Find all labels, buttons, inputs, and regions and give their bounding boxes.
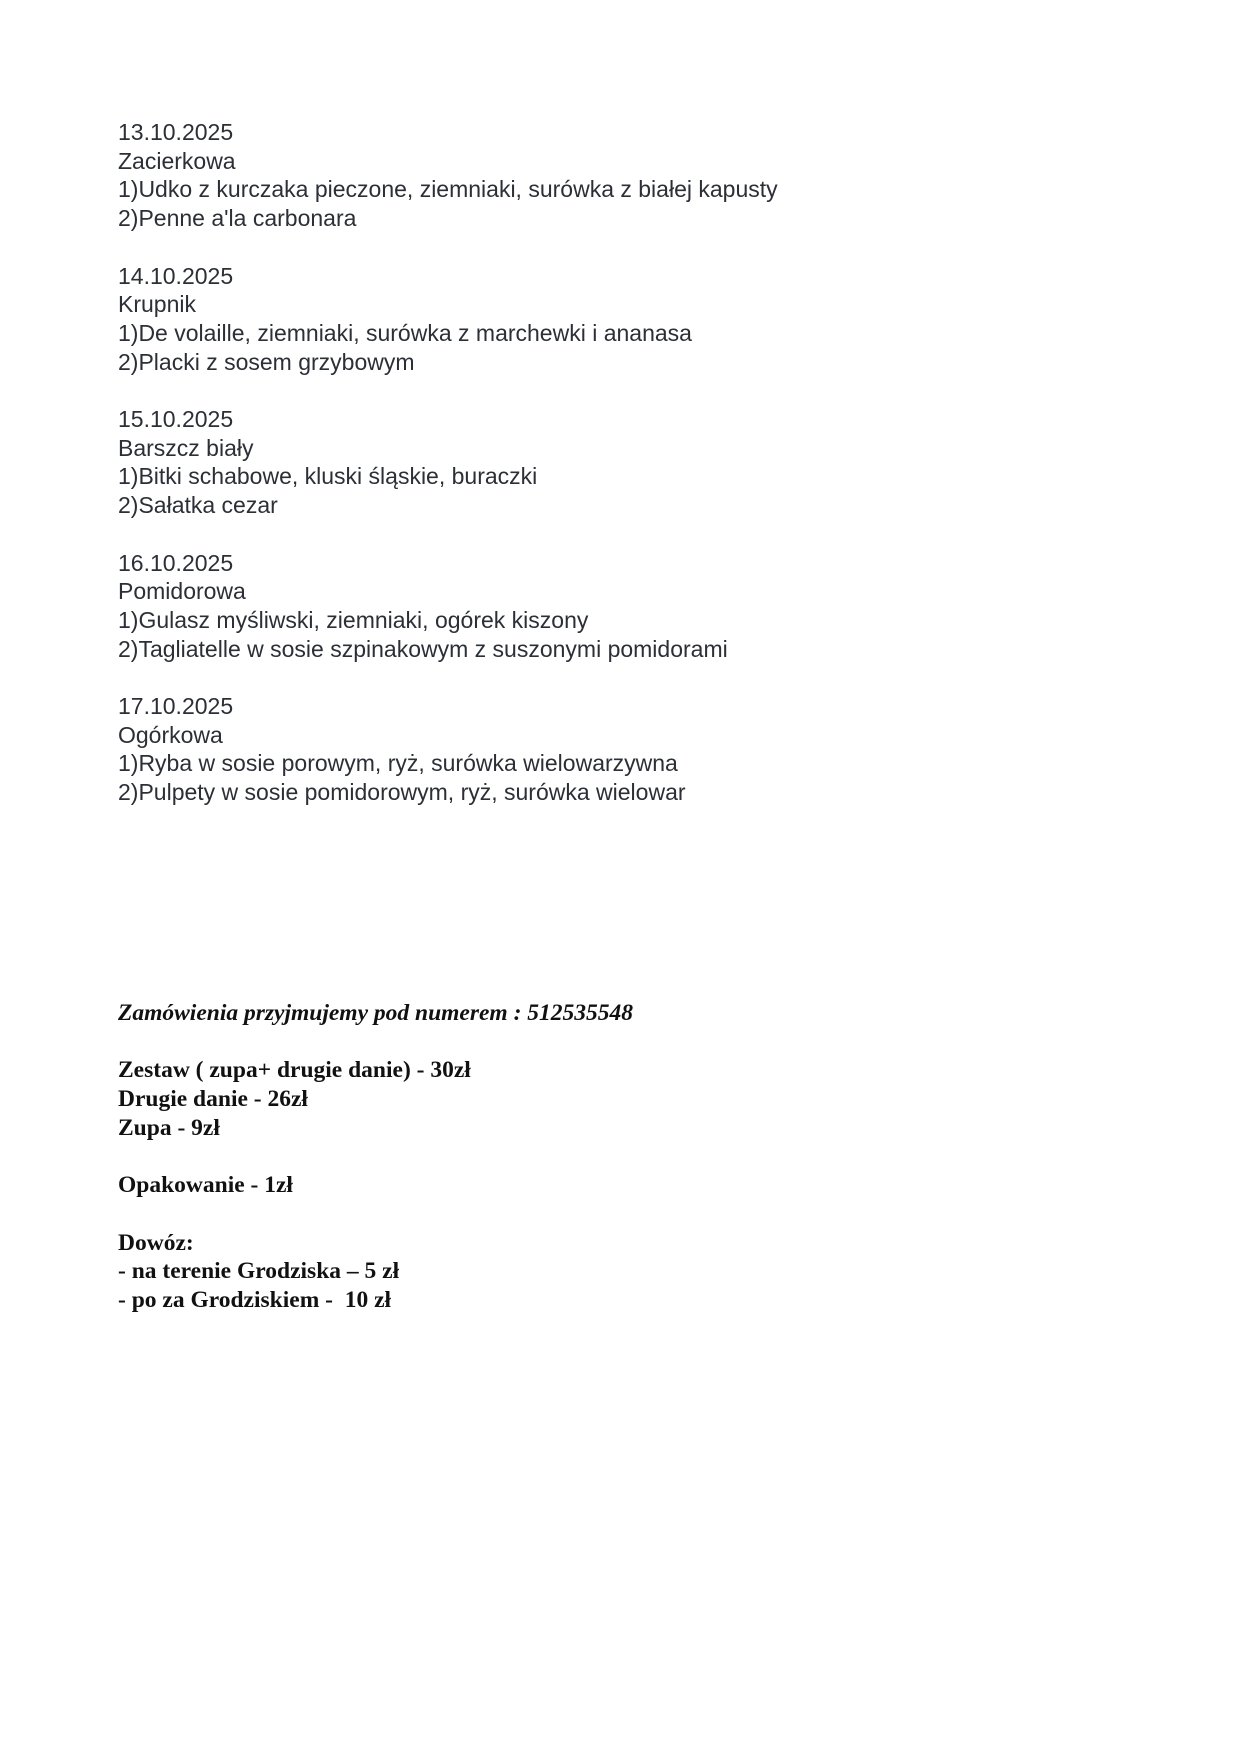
day-dish-2: 2)Pulpety w sosie pomidorowym, ryż, suró…	[118, 778, 778, 807]
day-date: 16.10.2025	[118, 549, 778, 578]
delivery-outside: - po za Grodziskiem - 10 zł	[118, 1286, 633, 1315]
delivery-local: - na terenie Grodziska – 5 zł	[118, 1257, 633, 1286]
day-dish-1: 1)De volaille, ziemniaki, surówka z marc…	[118, 319, 778, 348]
price-main-dish: Drugie danie - 26zł	[118, 1085, 633, 1114]
delivery-title: Dowóz:	[118, 1229, 633, 1258]
day-dish-1: 1)Gulasz myśliwski, ziemniaki, ogórek ki…	[118, 606, 778, 635]
menu-day: 16.10.2025 Pomidorowa 1)Gulasz myśliwski…	[118, 549, 778, 664]
packaging-price: Opakowanie - 1zł	[118, 1171, 633, 1200]
day-dish-1: 1)Udko z kurczaka pieczone, ziemniaki, s…	[118, 175, 778, 204]
menu-day: 15.10.2025 Barszcz biały 1)Bitki schabow…	[118, 405, 778, 520]
price-set: Zestaw ( zupa+ drugie danie) - 30zł	[118, 1056, 633, 1085]
price-soup: Zupa - 9zł	[118, 1114, 633, 1143]
spacer	[118, 1143, 633, 1172]
day-date: 13.10.2025	[118, 118, 778, 147]
day-date: 15.10.2025	[118, 405, 778, 434]
day-date: 17.10.2025	[118, 692, 778, 721]
menu-day: 17.10.2025 Ogórkowa 1)Ryba w sosie porow…	[118, 692, 778, 807]
menu-day: 13.10.2025 Zacierkowa 1)Udko z kurczaka …	[118, 118, 778, 233]
day-date: 14.10.2025	[118, 262, 778, 291]
spacer	[118, 1028, 633, 1057]
day-dish-1: 1)Bitki schabowe, kluski śląskie, buracz…	[118, 462, 778, 491]
order-info: Zamówienia przyjmujemy pod numerem : 512…	[118, 999, 633, 1315]
day-dish-2: 2)Penne a'la carbonara	[118, 204, 778, 233]
day-soup: Krupnik	[118, 290, 778, 319]
weekly-menu: 13.10.2025 Zacierkowa 1)Udko z kurczaka …	[118, 118, 778, 836]
day-soup: Pomidorowa	[118, 577, 778, 606]
spacer	[118, 1200, 633, 1229]
day-dish-2: 2)Tagliatelle w sosie szpinakowym z susz…	[118, 635, 778, 664]
day-dish-2: 2)Placki z sosem grzybowym	[118, 348, 778, 377]
document-page: 13.10.2025 Zacierkowa 1)Udko z kurczaka …	[0, 0, 1240, 1755]
day-soup: Barszcz biały	[118, 434, 778, 463]
day-dish-1: 1)Ryba w sosie porowym, ryż, surówka wie…	[118, 749, 778, 778]
day-soup: Zacierkowa	[118, 147, 778, 176]
day-dish-2: 2)Sałatka cezar	[118, 491, 778, 520]
menu-day: 14.10.2025 Krupnik 1)De volaille, ziemni…	[118, 262, 778, 377]
day-soup: Ogórkowa	[118, 721, 778, 750]
orders-phone-line: Zamówienia przyjmujemy pod numerem : 512…	[118, 999, 633, 1028]
